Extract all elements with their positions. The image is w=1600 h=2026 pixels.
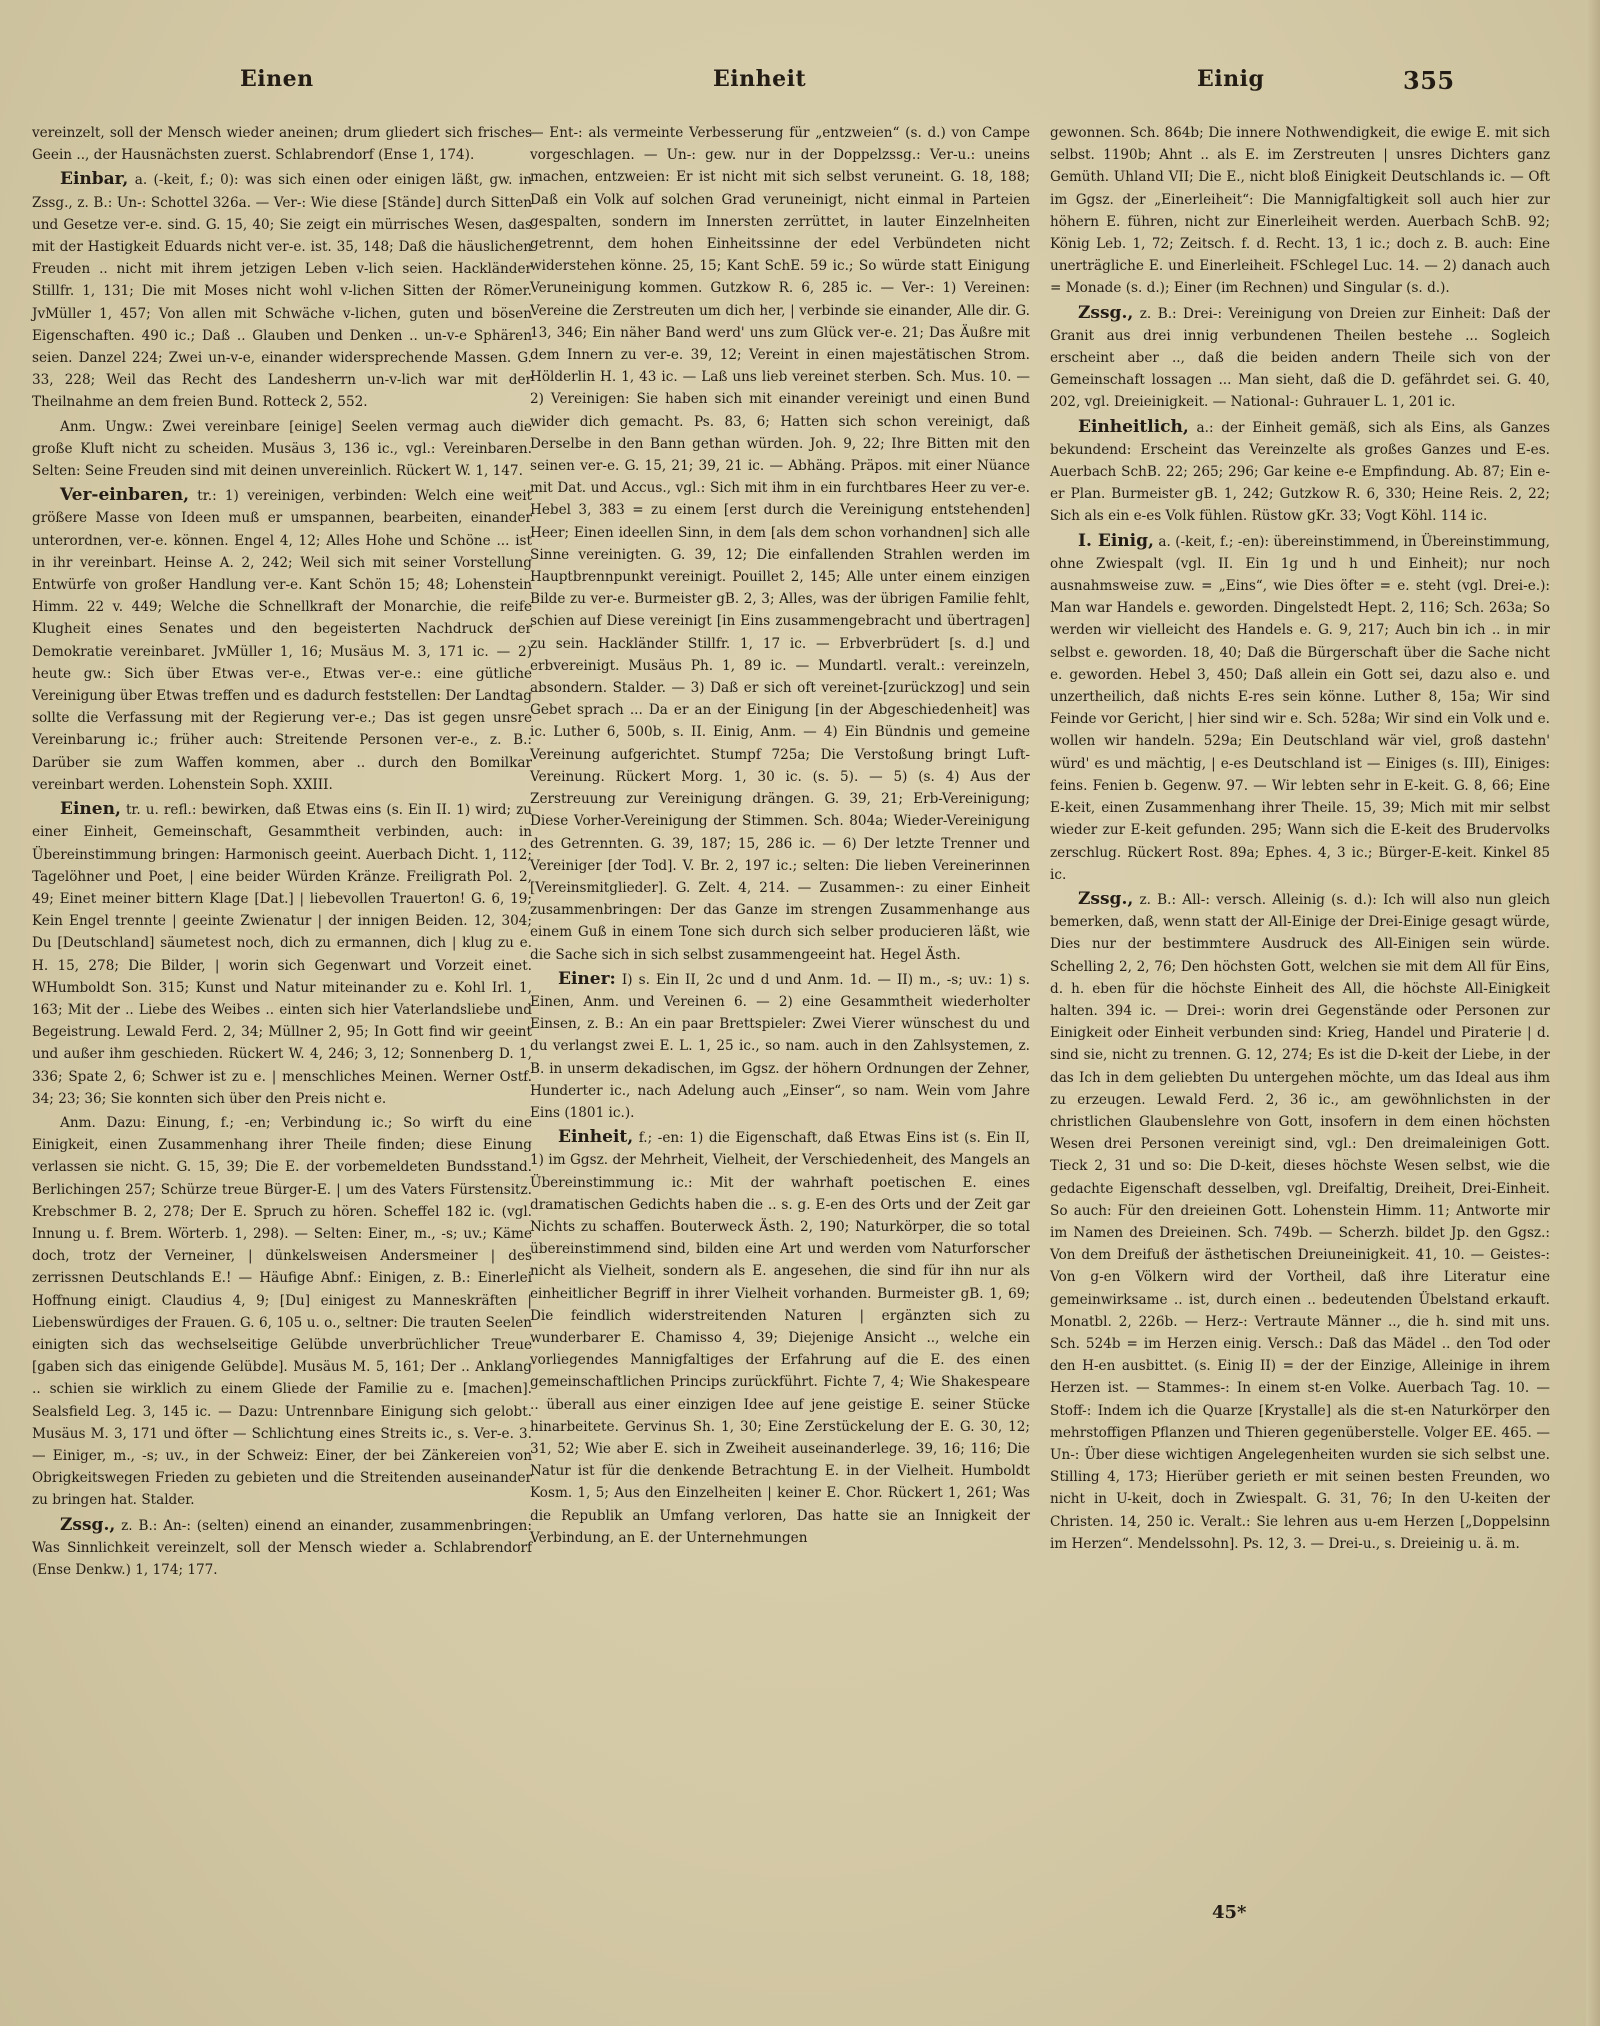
dictionary-entry: Zssg., z. B.: An-: (selten) einend an ei… xyxy=(32,1514,532,1582)
headword: Einheit, xyxy=(558,1127,633,1147)
entry-continuation: vereinzelt, soll der Mensch wieder anein… xyxy=(32,122,532,166)
dictionary-entry: Zssg., z. B.: All-: versch. Alleinig (s.… xyxy=(1050,888,1550,1555)
headword: Einen, xyxy=(60,799,121,819)
page-edge xyxy=(1586,0,1600,2026)
page-number: 355 xyxy=(1403,66,1455,95)
dictionary-entry: Einbar, a. (-keit, f.; 0): was sich eine… xyxy=(32,168,532,413)
headword: Zssg., xyxy=(60,1515,115,1535)
entry-continuation: — Ent-: als vermeinte Verbesserung für „… xyxy=(530,122,1030,966)
column-3: gewonnen. Sch. 864b; Die innere Nothwend… xyxy=(1050,122,1550,1557)
entry-text: z. B.: All-: versch. Alleinig (s. d.): I… xyxy=(1050,892,1550,1552)
dictionary-entry: Einer: I) s. Ein II, 2c und d und Anm. 1… xyxy=(530,968,1030,1124)
headword: Einheitlich, xyxy=(1078,417,1189,437)
entry-text: a. (-keit, f.; -en): übereinstimmend, in… xyxy=(1050,534,1550,883)
headword: Einbar, xyxy=(60,169,128,189)
entry-text: Anm. Ungw.: Zwei vereinbare [einige] See… xyxy=(32,419,532,479)
running-head-left: Einen xyxy=(240,66,314,92)
headword: Einer: xyxy=(558,969,616,989)
dictionary-entry: Ver-einbaren, tr.: 1) vereinigen, verbin… xyxy=(32,484,532,796)
dictionary-entry: Einen, tr. u. refl.: bewirken, daß Etwas… xyxy=(32,798,532,1110)
column-1: vereinzelt, soll der Mensch wieder anein… xyxy=(32,122,532,1583)
headword: Zssg., xyxy=(1078,303,1133,323)
dictionary-page: Einen Einheit Einig 355 vereinzelt, soll… xyxy=(0,0,1600,2026)
headword: Zssg., xyxy=(1078,889,1133,909)
running-head-right: Einig xyxy=(1197,66,1264,92)
entry-text: a. (-keit, f.; 0): was sich einen oder e… xyxy=(32,172,532,410)
running-head-center: Einheit xyxy=(713,66,806,92)
entry-note: Anm. Ungw.: Zwei vereinbare [einige] See… xyxy=(32,416,532,483)
entry-text: I) s. Ein II, 2c und d und Anm. 1d. — II… xyxy=(530,972,1030,1121)
entry-text: f.; -en: 1) die Eigenschaft, daß Etwas E… xyxy=(530,1130,1030,1546)
headword: I. Einig, xyxy=(1078,531,1154,551)
dictionary-entry: Einheitlich, a.: der Einheit gemäß, sich… xyxy=(1050,416,1550,528)
entry-text: gewonnen. Sch. 864b; Die innere Nothwend… xyxy=(1050,125,1550,296)
signature-mark: 45* xyxy=(1212,1902,1246,1923)
column-2: — Ent-: als vermeinte Verbesserung für „… xyxy=(530,122,1030,1551)
entry-text: — Ent-: als vermeinte Verbesserung für „… xyxy=(530,125,1030,963)
headword: Ver-einbaren, xyxy=(60,485,189,505)
entry-note: Anm. Dazu: Einung, f.; -en; Verbindung i… xyxy=(32,1112,532,1512)
entry-text: tr. u. refl.: bewirken, daß Etwas eins (… xyxy=(32,802,532,1107)
dictionary-entry: Einheit, f.; -en: 1) die Eigenschaft, da… xyxy=(530,1126,1030,1549)
dictionary-entry: Zssg., z. B.: Drei-: Vereinigung von Dre… xyxy=(1050,302,1550,414)
entry-text: vereinzelt, soll der Mensch wieder anein… xyxy=(32,125,532,163)
entry-text: tr.: 1) vereinigen, verbinden: Welch ein… xyxy=(32,488,532,793)
entry-continuation: gewonnen. Sch. 864b; Die innere Nothwend… xyxy=(1050,122,1550,300)
entry-text: Anm. Dazu: Einung, f.; -en; Verbindung i… xyxy=(32,1115,532,1508)
dictionary-entry: I. Einig, a. (-keit, f.; -en): übereinst… xyxy=(1050,530,1550,886)
